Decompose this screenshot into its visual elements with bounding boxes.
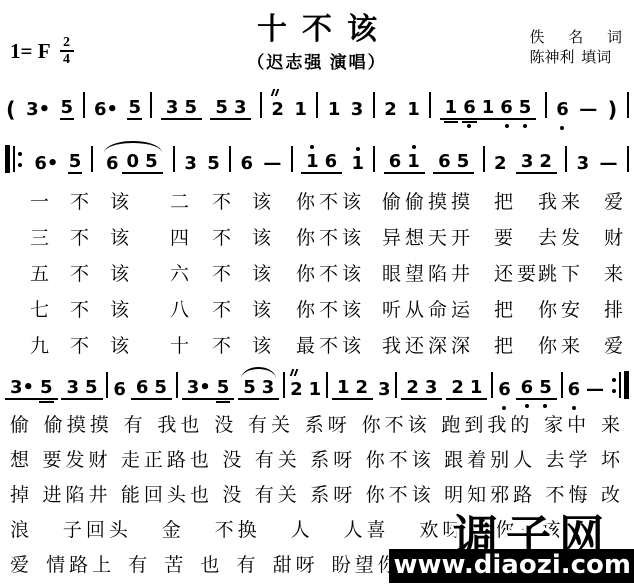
music-note: 6 (135, 378, 150, 398)
beam-group: 12 (332, 378, 373, 400)
music-note: 5 (68, 152, 83, 174)
lyric-cell: 你安 (538, 295, 604, 322)
music-note: 2 (538, 152, 553, 172)
low-octave-dot (560, 126, 564, 130)
bar-line-stroke (83, 92, 85, 118)
lyric-cell: 你不该 (362, 410, 431, 437)
lyric-cell: 该 (110, 223, 170, 250)
lyric-cell: 我还深深 (382, 331, 494, 358)
bar-line-stroke (373, 146, 375, 172)
bar-line (173, 145, 175, 173)
low-octave-dot (505, 124, 509, 128)
bar-line-stroke (395, 372, 397, 398)
lyric-cell: 该 (252, 223, 296, 250)
music-note: 2 (383, 100, 398, 120)
lyric-cell: 爱 (10, 550, 33, 577)
bar-line-stroke (565, 146, 567, 172)
repeat-dot (612, 378, 616, 382)
lyric-cell: 没 (214, 410, 237, 437)
bar-line-stroke (176, 372, 178, 398)
lyric-cell: 系呀 (305, 410, 351, 437)
lyric-cell: 我也 (157, 410, 203, 437)
music-note: 5 (183, 98, 198, 118)
beam-group: 16165 (440, 98, 537, 120)
low-octave-dot (523, 124, 527, 128)
music-note: 5 (518, 98, 533, 118)
lyric-cell: 最不该 (296, 331, 382, 358)
music-note: 6 (388, 152, 403, 172)
lyric-cell: 四 (170, 223, 212, 250)
bar-line-stroke (13, 146, 15, 172)
beam-group: 65 (131, 378, 172, 400)
music-note: 2 (493, 154, 508, 174)
lyric-cell: 子回头 (63, 515, 132, 542)
lyric-cell: 你不该 (366, 480, 435, 507)
lyric-cell: 把 (494, 295, 538, 322)
music-note: 1 (444, 98, 459, 118)
music-note: 3 (377, 380, 392, 400)
bar-line (176, 371, 178, 399)
repeat-dots (612, 378, 616, 393)
music-note: 5 (456, 152, 471, 172)
lyric-row: 九不该十不该最不该我还深深把你来爱 (0, 326, 634, 362)
lyric-cell: 二 (170, 187, 212, 214)
music-note: 3 (424, 378, 439, 398)
music-note: 1 (308, 380, 323, 400)
repeat-dot (18, 152, 22, 156)
lyric-cell: 五 (30, 259, 70, 286)
bar-line (291, 145, 293, 173)
thick-bar-stroke (624, 371, 629, 399)
repeat-dot (612, 389, 616, 393)
repeat-end-bar (609, 371, 629, 399)
bar-line-stroke (429, 92, 431, 118)
music-note: 3 (520, 152, 535, 172)
lyric-cell: 你不该 (366, 445, 435, 472)
lyric-row: 偷偷摸摸有我也没有关系呀你不该跑到我的家中来 (10, 406, 624, 441)
lyric-cell: 该 (252, 295, 296, 322)
music-note: 1 (305, 152, 320, 172)
beam-group: 53 (210, 98, 251, 120)
bar-line-stroke (326, 372, 328, 398)
lyric-row: 想要发财走正路也没有关系呀你不该跟着别人去学坏 (10, 441, 624, 476)
bar-line-stroke (627, 146, 629, 172)
music-note: 1 (327, 100, 342, 120)
lyric-cell: 有 (236, 550, 259, 577)
music-line-intro: (3•56•53553211321161656—) (5, 88, 629, 120)
music-note: 6 (567, 380, 582, 400)
slur-beam-group: 53 (238, 378, 279, 400)
bar-line (373, 145, 375, 173)
music-note: 1 (350, 154, 365, 174)
lyric-cell: 想 (10, 445, 33, 472)
music-note: 2 (450, 378, 465, 398)
music-note: 2 (405, 378, 420, 398)
music-note: 1 (469, 378, 484, 398)
beam-group: 35 (161, 98, 202, 120)
lyricist-credit: 佚 名 词 (529, 28, 622, 48)
music-note: 6 (497, 380, 512, 400)
lyric-cell: 有 (124, 410, 147, 437)
lyric-cell: 不 (212, 187, 252, 214)
music-note: 6 (239, 154, 254, 174)
beam-group: 32 (516, 152, 557, 174)
music-note: 6 (555, 100, 570, 120)
beam-group: 35 (61, 378, 102, 400)
music-note: 1 (481, 98, 496, 118)
bar-line-stroke (229, 146, 231, 172)
bar-line-stroke (561, 372, 563, 398)
lyric-cell: 你来 (538, 331, 604, 358)
lyric-cell: 去学 (546, 445, 592, 472)
lyric-cell: 你不该 (296, 259, 382, 286)
music-note: 3 (350, 100, 365, 120)
bar-line-stroke (483, 146, 485, 172)
lyric-cell: 坏 (601, 445, 624, 472)
lyric-cell: 不 (70, 331, 110, 358)
verse-lyrics-block: 一不该二不该你不该偷偷摸摸把我来爱三不该四不该你不该异想天开要去发财五不该六不该… (0, 182, 634, 362)
music-note: 1 (293, 100, 308, 120)
lyric-row: 三不该四不该你不该异想天开要去发财 (0, 218, 634, 254)
lyric-cell: 偷偷摸摸 (382, 187, 494, 214)
music-note: 3• (9, 378, 35, 398)
lyric-cell: 跑到我的 (441, 410, 533, 437)
lyric-cell: 不 (212, 295, 252, 322)
lyric-cell: 人喜 (343, 515, 389, 542)
music-note: 5 (242, 378, 257, 398)
bar-line-stroke (150, 92, 152, 118)
lyric-cell: 没 (222, 480, 245, 507)
music-note: 1 (336, 378, 351, 398)
music-note: 2 (355, 378, 370, 398)
beam-group: 3•5 (5, 378, 58, 400)
bar-line (483, 145, 485, 173)
lyric-cell: 异想天开 (382, 223, 494, 250)
bar-line (395, 371, 397, 399)
bar-line (91, 145, 93, 173)
sustain-dash: — (578, 100, 598, 120)
bar-line-stroke (627, 92, 629, 118)
lyric-cell: 该 (252, 331, 296, 358)
lyric-cell: 情路上 (46, 550, 115, 577)
lyric-cell: 系呀 (310, 480, 356, 507)
lyric-cell: 浪 (10, 515, 33, 542)
lyric-cell: 不 (212, 259, 252, 286)
music-note: 3 (233, 98, 248, 118)
lyric-cell: 偷 (10, 410, 33, 437)
music-note: 5 (538, 378, 553, 398)
music-note: 3 (165, 98, 180, 118)
credits: 佚 名 词 陈神利 填词 (529, 28, 622, 68)
lyric-cell: 七 (30, 295, 70, 322)
repeat-dot (18, 163, 22, 167)
adapter-credit: 陈神利 填词 (529, 48, 622, 68)
lyric-cell: 八 (170, 295, 212, 322)
music-note: 6• (33, 154, 59, 174)
bar-line (491, 371, 493, 399)
bar-line-stroke (91, 146, 93, 172)
beam-group: 23 (401, 378, 442, 400)
lyric-row: 一不该二不该你不该偷偷摸摸把我来爱 (0, 182, 634, 218)
lyric-cell: 不 (70, 223, 110, 250)
lyric-cell: 一 (30, 187, 70, 214)
music-note: 5 (84, 378, 99, 398)
bar-line (565, 145, 567, 173)
bar-line (545, 91, 547, 119)
bar-line (283, 371, 285, 399)
music-note: 5 (153, 378, 168, 398)
lyric-cell: 该 (110, 331, 170, 358)
lyric-cell: 该 (252, 259, 296, 286)
music-note: 6• (93, 100, 119, 120)
lyric-cell: 把 (494, 187, 538, 214)
lyric-cell: 也 (200, 550, 223, 577)
bar-line (627, 91, 629, 119)
lyric-cell: 有关 (248, 410, 294, 437)
music-note: 5 (216, 378, 231, 398)
lyric-cell: 跳下 (538, 259, 604, 286)
beam-group: 21 (446, 378, 487, 400)
music-note: 1 (406, 100, 421, 120)
music-note: 5 (60, 98, 75, 120)
lyric-cell: 来 (604, 259, 634, 286)
thick-bar-stroke (5, 145, 10, 173)
lyric-cell: 有关 (255, 445, 301, 472)
high-octave-dot (412, 145, 416, 149)
lyric-cell: 十 (170, 331, 212, 358)
lyric-cell: 排 (604, 295, 634, 322)
lyric-cell: 不 (212, 331, 252, 358)
lyric-cell: 你不该 (296, 223, 382, 250)
lyric-cell: 不换 (215, 515, 261, 542)
music-note: 3• (25, 100, 51, 120)
lyric-cell: 跟着别人 (444, 445, 536, 472)
lyric-cell: 财 (604, 223, 634, 250)
lyric-cell: 进陷井 (42, 480, 111, 507)
music-note: 5 (144, 152, 159, 172)
music-note: 2 (289, 380, 304, 400)
lyric-cell: 该 (110, 187, 170, 214)
bar-line-stroke (373, 92, 375, 118)
slur-beam-group: 605 (101, 152, 165, 174)
lyric-cell: 三 (30, 223, 70, 250)
music-note: 3 (183, 154, 198, 174)
music-note: 6 (324, 152, 339, 172)
lyric-cell: 系呀 (310, 445, 356, 472)
bar-line-stroke (173, 146, 175, 172)
music-note: 3 (576, 154, 591, 174)
lyric-cell: 有关 (255, 480, 301, 507)
lyric-cell: 把 (494, 331, 538, 358)
lyric-cell: 爱 (604, 187, 634, 214)
bar-line-stroke (545, 92, 547, 118)
beam-group: 05 (122, 152, 163, 174)
music-note: 2 (270, 100, 285, 120)
bar-line-stroke (283, 372, 285, 398)
repeat-dots (18, 152, 22, 167)
bar-line-stroke (106, 372, 108, 398)
beam-group: 65 (516, 378, 557, 400)
music-note: 3 (261, 378, 276, 398)
bar-line-stroke (291, 146, 293, 172)
bar-line (373, 91, 375, 119)
bar-line (150, 91, 152, 119)
lyric-cell: 六 (170, 259, 212, 286)
bar-line-stroke (260, 92, 262, 118)
lyric-cell: 家中 (544, 410, 590, 437)
music-note: 6 (499, 98, 514, 118)
lyric-cell: 能回头也 (121, 480, 213, 507)
beam-group: 3•5 (182, 378, 235, 400)
parenthesis-glyph: ) (607, 100, 619, 120)
ornament-mark (291, 369, 299, 376)
lyric-cell: 还要 (494, 259, 538, 286)
ornament-mark (272, 89, 280, 96)
bar-line-stroke (491, 372, 493, 398)
sustain-dash: — (585, 380, 605, 400)
sustain-dash: — (262, 154, 282, 174)
repeat-begin-bar (5, 145, 25, 173)
sustain-dash: — (599, 154, 619, 174)
music-line-chorus: 3•5356653•5532112323216656— (5, 368, 629, 400)
lyric-cell: 你不该 (296, 295, 382, 322)
bar-line (260, 91, 262, 119)
bar-line-stroke (316, 92, 318, 118)
lyric-row: 五不该六不该你不该眼望陷井还要跳下来 (0, 254, 634, 290)
lyric-cell: 爱 (604, 331, 634, 358)
lyric-cell: 不 (70, 295, 110, 322)
music-note: 5 (127, 98, 142, 120)
lyric-cell: 金 (162, 515, 185, 542)
music-note: 6 (437, 152, 452, 172)
lyric-cell: 不 (212, 223, 252, 250)
music-note: 6 (520, 378, 535, 398)
beam-group: 61 (384, 152, 425, 174)
music-note: 3 (65, 378, 80, 398)
high-octave-dot (356, 147, 360, 151)
lyric-cell: 我来 (538, 187, 604, 214)
lyric-cell: 甜呀 (273, 550, 319, 577)
high-octave-dot (310, 145, 314, 149)
sheet-music-page: 十不该 1= F 2 4 （迟志强 演唱） 佚 名 词 陈神利 填词 (3•56… (0, 0, 634, 586)
lyric-cell: 该 (110, 259, 170, 286)
lyric-cell: 来 (601, 410, 624, 437)
lyric-cell: 听从命运 (382, 295, 494, 322)
lyric-cell: 不 (70, 187, 110, 214)
bar-line (326, 371, 328, 399)
parenthesis-glyph: ( (5, 100, 17, 120)
lyric-cell: 九 (30, 331, 70, 358)
bar-line (316, 91, 318, 119)
music-note: 0 (126, 152, 141, 172)
lyric-cell: 苦 (164, 550, 187, 577)
lyric-cell: 掉 (10, 480, 33, 507)
lyric-cell: 要发财 (42, 445, 111, 472)
lyric-cell: 眼望陷井 (382, 259, 494, 286)
bar-line-stroke (619, 372, 621, 398)
bar-line (627, 145, 629, 173)
music-note: 5 (39, 378, 54, 398)
lyric-cell: 有 (128, 550, 151, 577)
music-note: 5 (214, 98, 229, 118)
low-octave-dot (467, 124, 471, 128)
bar-line (83, 91, 85, 119)
lyric-cell: 要 (494, 223, 538, 250)
music-note: 6 (462, 98, 477, 118)
lyric-cell: 偷摸摸 (44, 410, 113, 437)
bar-line (429, 91, 431, 119)
lyric-cell: 该 (252, 187, 296, 214)
lyric-cell: 不 (70, 259, 110, 286)
watermark-site-url: www.diaozi.com (389, 549, 634, 583)
beam-group: 65 (433, 152, 474, 174)
music-line-verse: 6•5605356—16161652323— (5, 142, 629, 174)
music-note: 6 (112, 380, 127, 400)
music-note: 1 (406, 152, 421, 172)
lyric-cell: 该 (110, 295, 170, 322)
bar-line (106, 371, 108, 399)
music-note: 5 (206, 154, 221, 174)
bar-line (561, 371, 563, 399)
lyric-cell: 没 (222, 445, 245, 472)
lyric-cell: 去发 (538, 223, 604, 250)
lyric-cell: 走正路也 (121, 445, 213, 472)
beam-group: 16 (301, 152, 342, 174)
music-note: 6 (105, 154, 120, 174)
lyric-cell: 人 (291, 515, 314, 542)
bar-line (229, 145, 231, 173)
lyric-row: 七不该八不该你不该听从命运把你安排 (0, 290, 634, 326)
lyric-cell: 你不该 (296, 187, 382, 214)
music-note: 3• (186, 378, 212, 398)
